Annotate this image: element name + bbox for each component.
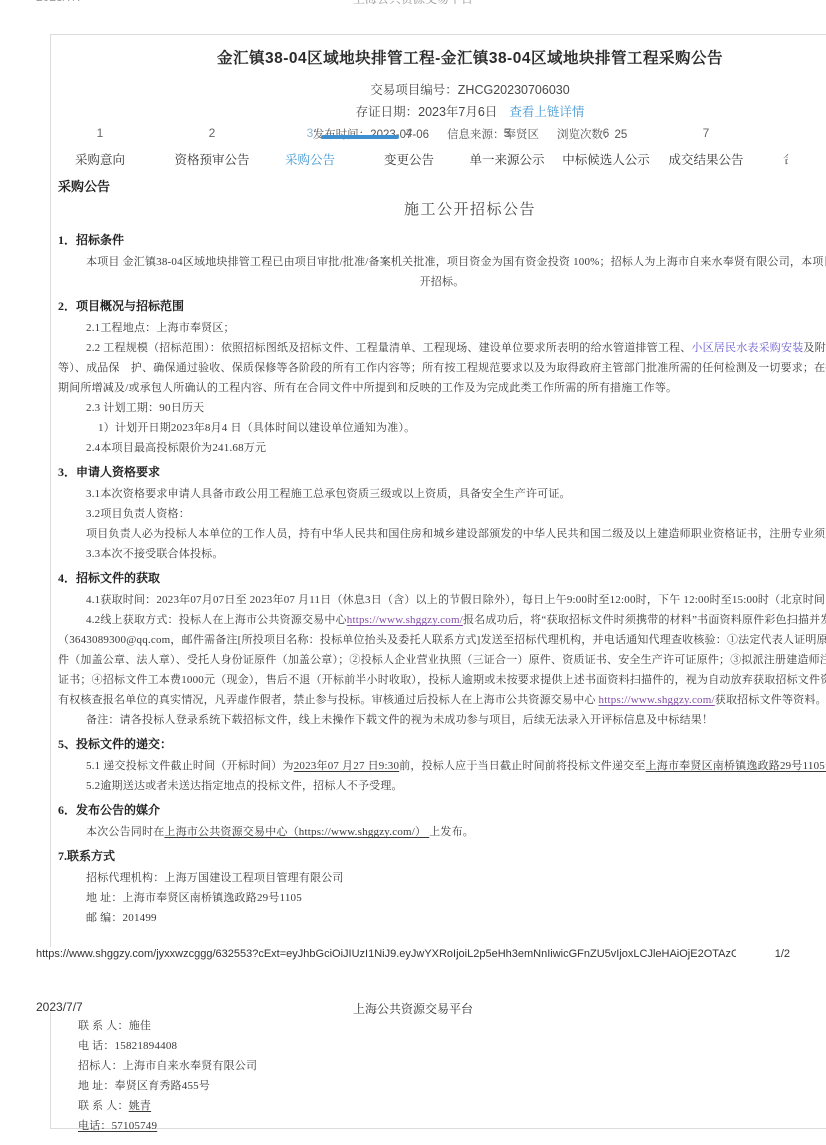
text-segment: 地 址：奉贤区育秀路455号 (78, 1080, 210, 1092)
announcement-tab-label: 采购公告 (58, 176, 110, 195)
text-segment: 项目负责人必为投标人本单位的工作人员，持有中华人民共和国住房和城乡建设部颁发的中… (86, 528, 826, 540)
body-line: 等）、成品保 护、确保通过验收、保质保修等各阶段的所有工作内容等；所有按工程规范… (58, 358, 826, 378)
print-header-title: 上海公共资源交易平台 (0, 0, 826, 4)
underlined-text: 电话：57105749 (78, 1120, 157, 1132)
body-line: 电话：57105749 (78, 1116, 257, 1136)
body-line: 项目负责人必为投标人本单位的工作人员，持有中华人民共和国住房和城乡建设部颁发的中… (58, 524, 826, 544)
text-segment: 3.2项目负责人资格： (86, 508, 190, 520)
text-segment: 5.2逾期送达或者未送达指定地点的投标文件，招标人不予受理。 (86, 780, 403, 792)
body-line: 3.1本次资格要求申请人具备市政公用工程施工总承包资质三级或以上资质，具备安全生… (58, 484, 826, 504)
text-segment: 联 系 人： (78, 1100, 129, 1112)
body-line: 邮 编：201499 (58, 908, 826, 928)
text-segment: 等）、成品保 护、确保通过验收、保质保修等各阶段的所有工作内容等；所有按工程规范… (58, 362, 826, 374)
body-line: 4.1获取时间：2023年07月07日至 2023年07 月11日（休息3日（含… (58, 590, 826, 610)
step-成交结果公告[interactable]: 7成交结果公告 (646, 126, 766, 168)
text-segment: 3.3本次不接受联合体投标。 (86, 548, 224, 560)
body-line: 2.4本项目最高投标限价为241.68万元 (58, 438, 826, 458)
text-segment: 2.2 工程规模（招标范围）：依照招标图纸及招标文件、工程量清单、工程现场、建设… (86, 342, 691, 354)
page2-print-header: 2023/7/7 上海公共资源交易平台 (0, 1000, 826, 1017)
body-line: 2.2 工程规模（招标范围）：依照招标图纸及招标文件、工程量清单、工程现场、建设… (58, 338, 826, 358)
underlined-text: 上海市奉贤区南桥镇逸政路29号1105号。 (646, 760, 826, 772)
text-segment: （3643089300@qq.com，邮件需备注[所投项目名称：投标单位抬头及委… (58, 634, 826, 646)
step-采购意向[interactable]: 1采购意向 (40, 126, 160, 168)
step-number: 7 (646, 126, 766, 142)
text-segment: 证书；④招标文件工本费1000元（现金），售后不退（开标前半小时收取），投标人逾… (58, 674, 826, 686)
text-segment: 件（加盖公章、法人章）、受托人身份证原件（加盖公章）；②投标人企业营业执照（三证… (58, 654, 826, 666)
text-segment: 联 系 人：施佳 (78, 1020, 151, 1032)
page-title: 金汇镇38-04区域地块排管工程-金汇镇38-04区域地块排管工程采购公告 (50, 46, 826, 68)
text-segment: 报名成功后，将“获取招标文件时须携带的材料”书面资料原件彩色扫描并发送至招标 (463, 614, 826, 626)
bid-announcement-heading: 施工公开招标公告 (50, 198, 826, 219)
body-line: 备注：请各投标人登录系统下载招标文件，线上未操作下载文件的视为未成功参与项目，后… (58, 710, 826, 730)
body-line: 1）计划开日期2023年8月4 日（具体时间以建设单位通知为准）。 (58, 418, 826, 438)
text-segment: 2.3 计划工期：90日历天 (86, 402, 204, 414)
url-link[interactable]: https://www.shggzy.com/ (347, 614, 463, 626)
text-segment: 本项目 金汇镇38-04区域地块排管工程已由项目审批/批准/备案机关批准，项目资… (86, 256, 826, 268)
cert-date-row: 存证日期：2023年7月6日查看上链详情 (50, 102, 826, 120)
clipped-next-step: 合同公示 (783, 149, 788, 165)
section-heading: 4．招标文件的获取 (58, 570, 826, 586)
print-footer-pagenum: 1/2 (775, 948, 790, 960)
text-segment: 招标代理机构：上海万国建设工程项目管理有限公司 (86, 872, 344, 884)
text-segment: 备注：请各投标人登录系统下载招标文件，线上未操作下载文件的视为未成功参与项目，后… (86, 714, 713, 726)
body-line: 开招标。 (58, 272, 826, 292)
body-line: 4.2线上获取方式：投标人在上海市公共资源交易中心https://www.shg… (58, 610, 826, 630)
text-segment: 1）计划开日期2023年8月4 日（具体时间以建设单位通知为准）。 (98, 422, 415, 434)
body-line: 5.2逾期送达或者未送达指定地点的投标文件，招标人不予受理。 (58, 776, 826, 796)
section-heading: 3．申请人资格要求 (58, 464, 826, 480)
text-segment: 上发布。 (429, 826, 474, 838)
body-line: 2.1工程地点：上海市奉贤区； (58, 318, 826, 338)
cert-date: 存证日期：2023年7月6日 (356, 105, 498, 119)
body-line: 招标代理机构：上海万国建设工程项目管理有限公司 (58, 868, 826, 888)
body-line: 3.3本次不接受联合体投标。 (58, 544, 826, 564)
body-line: 证书；④招标文件工本费1000元（现金），售后不退（开标前半小时收取），投标人逾… (58, 670, 826, 690)
underlined-text: 上海市公共资源交易中心（https://www.shggzy.com/） (164, 826, 429, 838)
body-line: 联 系 人：姚青 (78, 1096, 257, 1116)
project-number: 交易项目编号：ZHCG20230706030 (50, 80, 826, 98)
body-line: 联 系 人：施佳 (78, 1016, 257, 1036)
body-line: 有权核查报名单位的真实情况，凡弄虚作假者，禁止参与投标。审核通过后投标人在上海市… (58, 690, 826, 710)
underlined-text: 姚青 (129, 1100, 151, 1112)
text-segment: 4.2线上获取方式：投标人在上海市公共资源交易中心 (86, 614, 347, 626)
text-segment: 5.1 递交投标文件截止时间（开标时间）为 (86, 760, 294, 772)
url-link[interactable]: https://www.shggzy.com/ (599, 694, 715, 706)
text-segment: 前，投标人应于当日截止时间前将投标文件递交至 (399, 760, 645, 772)
body-line: 电 话：15821894408 (78, 1036, 257, 1056)
body-line: 本次公告同时在上海市公共资源交易中心（https://www.shggzy.co… (58, 822, 826, 842)
text-segment: 电 话：15821894408 (78, 1040, 177, 1052)
section-heading: 6．发布公告的媒介 (58, 802, 826, 818)
body-line: 2.3 计划工期：90日历天 (58, 398, 826, 418)
text-segment: 招标人：上海市自来水奉贤有限公司 (78, 1060, 257, 1072)
section-heading: 5、投标文件的递交： (58, 736, 826, 752)
section-heading: 2．项目概况与招标范围 (58, 298, 826, 314)
section-heading: 7.联系方式 (58, 848, 826, 864)
print-header-date: 2023/7/7 (36, 0, 83, 4)
body-line: 期间所增减及/或承包人所确认的工程内容、所有在合同文件中所提到和反映的工作及为完… (58, 378, 826, 398)
page2-header-title: 上海公共资源交易平台 (0, 1000, 826, 1017)
step-number: 1 (40, 126, 160, 142)
body-line: （3643089300@qq.com，邮件需备注[所投项目名称：投标单位抬头及委… (58, 630, 826, 650)
text-segment: 邮 编：201499 (86, 912, 157, 924)
body-line: 地 址：奉贤区育秀路455号 (78, 1076, 257, 1096)
text-segment: 获取招标文件等资料。 (715, 694, 826, 706)
text-segment: 本次公告同时在 (86, 826, 164, 838)
text-segment: 有权核查报名单位的真实情况，凡弄虚作假者，禁止参与投标。审核通过后投标人在上海市… (58, 694, 599, 706)
step-label: 成交结果公告 (646, 150, 766, 168)
inline-link[interactable]: 小区居民水表采购安装 (691, 342, 803, 354)
text-segment: 及附属工程（覆土 (803, 342, 826, 354)
section-heading: 1．招标条件 (58, 232, 826, 248)
body-line: 3.2项目负责人资格： (58, 504, 826, 524)
view-chain-link[interactable]: 查看上链详情 (509, 105, 584, 119)
print-header-clipped: 2023/7/7 上海公共资源交易平台 (0, 0, 826, 4)
underlined-text: 2023年07 月27 日9:30 (294, 760, 399, 772)
step-label: 采购意向 (40, 150, 160, 168)
print-footer: https://www.shggzy.com/jyxxwzcggg/632553… (36, 948, 790, 960)
page2-header-date: 2023/7/7 (36, 1000, 83, 1014)
text-segment: 2.4本项目最高投标限价为241.68万元 (86, 442, 266, 454)
step-progress-line (321, 135, 399, 139)
text-segment: 期间所增减及/或承包人所确认的工程内容、所有在合同文件中所提到和反映的工作及为完… (58, 382, 677, 394)
body-line: 地 址：上海市奉贤区南桥镇逸政路29号1105 (58, 888, 826, 908)
text-segment: 4.1获取时间：2023年07月07日至 2023年07 月11日（休息3日（含… (86, 594, 826, 606)
text-segment: 开招标。 (420, 276, 465, 288)
text-segment: 地 址：上海市奉贤区南桥镇逸政路29号1105 (86, 892, 302, 904)
text-segment: 2.1工程地点：上海市奉贤区； (86, 322, 235, 334)
body-line: 5.1 递交投标文件截止时间（开标时间）为2023年07 月27 日9:30前，… (58, 756, 826, 776)
print-footer-url: https://www.shggzy.com/jyxxwzcggg/632553… (36, 948, 736, 960)
text-segment: 3.1本次资格要求申请人具备市政公用工程施工总承包资质三级或以上资质，具备安全生… (86, 488, 571, 500)
page2-contact-lines: 联 系 人：施佳电 话：15821894408招标人：上海市自来水奉贤有限公司地… (78, 1016, 257, 1136)
body-line: 件（加盖公章、法人章）、受托人身份证原件（加盖公章）；②投标人企业营业执照（三证… (58, 650, 826, 670)
body-line: 本项目 金汇镇38-04区域地块排管工程已由项目审批/批准/备案机关批准，项目资… (58, 252, 826, 272)
announcement-body: 1．招标条件本项目 金汇镇38-04区域地块排管工程已由项目审批/批准/备案机关… (58, 222, 826, 928)
body-line: 招标人：上海市自来水奉贤有限公司 (78, 1056, 257, 1076)
